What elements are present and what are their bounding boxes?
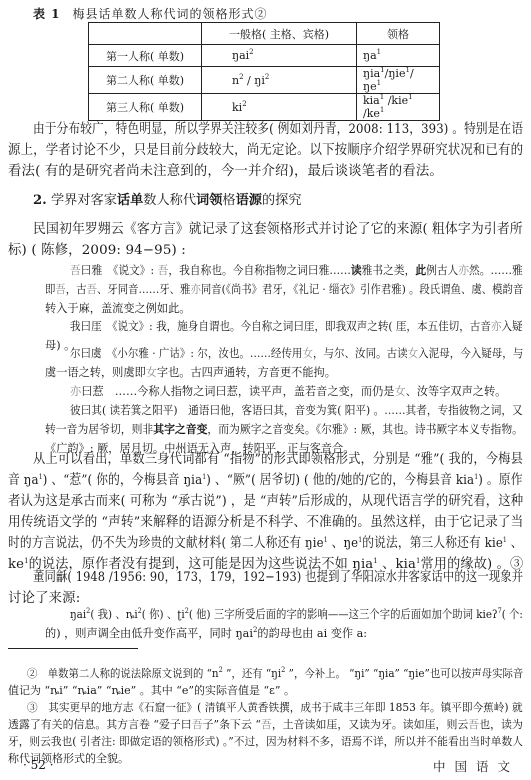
quote-line: 尔曰虞 《小尔雅 · 广诂》: 尔，汝也。……经传用女，与尔、汝同。古读女入泥母…: [70, 345, 523, 361]
paragraph-line: 时的方言说法，仍不失为珍贵的文献材料( 第二人称还有 ŋie1 、ŋe1的说法，…: [8, 532, 523, 551]
genitive-case-cell: ŋia1/ŋie1/ ŋe1: [357, 67, 440, 94]
footnote-line: 透露了有关的信息。其方言卷 “爱子曰吾子”条下云 “吾，土音读如厓，又读为牙。读…: [8, 716, 523, 732]
document-page: 表 1梅县话单数人称代词的领格形式② 一般格( 主格、宾格) 领格 第一人称( …: [0, 0, 531, 780]
pronoun-genitive-table: 一般格( 主格、宾格) 领格 第一人称( 单数) ŋai2 ŋa1 第二人称( …: [88, 22, 440, 121]
row-label: 第三人称( 单数): [89, 94, 202, 121]
journal-name: 中国语文: [433, 757, 519, 775]
table-caption-number: 表 1: [33, 7, 61, 21]
row-label: 第二人称( 单数): [89, 67, 202, 94]
page-number: · 52 ·: [23, 758, 54, 772]
intro-line: 源上，学者讨论不少，只是目前分歧较大，尚无定论。以下按顺序介绍学界研究状况和已有…: [8, 139, 523, 158]
paragraph-line: 讨论了来源:: [8, 587, 80, 606]
paragraph-line: 标) ( 陈修，2009: 94−95) :: [8, 239, 186, 258]
table-caption-title: 梅县话单数人称代词的领格形式②: [73, 7, 268, 21]
table-header-cell: 领格: [357, 23, 440, 45]
quote-line: 彼曰其( 读若箕之阳平) 通语曰他，客语曰其，音变为箕( 阳平) 。……其者，专…: [70, 402, 523, 418]
table-header-row: 一般格( 主格、宾格) 领格: [89, 23, 440, 45]
footnote-line: ③ 其实更早的地方志《石窟一征》( 清镇平人黄香铁撰，成书于咸丰三年即 1853…: [27, 699, 523, 715]
quote-line: 吾曰雅 《说文》: 吾，我自称也。今自称指物之词曰雅……读雅书之类，此例古人亦然…: [70, 262, 523, 278]
paragraph-line: 用传统语文学的 “声转”来解释的语源分析是不科学、不准确的。虽然这样，由于它记录…: [8, 511, 523, 530]
footnote-line: 牙，则云我也( 引者注: 即做定语的领格形式) 。”不过，因为材料不多，语焉不详…: [8, 733, 523, 749]
table-row: 第二人称( 单数) n2 / ŋi2 ŋia1/ŋie1/ ŋe1: [89, 67, 440, 94]
general-case-cell: ki2: [202, 94, 357, 121]
footnote-line: ② 单数第二人称的说法除原文说到的 “n2 ”，还有 “ŋi2 ”，今补上。 “…: [27, 665, 523, 681]
quote-line: 虞一语之转，则虞即女字也。古四声通转，方音更不能拘。: [45, 364, 336, 380]
genitive-case-cell: ŋa1: [357, 45, 440, 67]
quote-line: 的) ，则声调全由低升变作高平，同时 ŋai2的韵母也由 ai 变作 a:: [45, 625, 367, 641]
paragraph-line: 民国初年罗翙云《客方言》就记录了这套领格形式并讨论了它的来源( 粗体字为引者所: [33, 218, 523, 237]
intro-line: 看法( 有的是研究者尚未注意到的，今一并介绍)，最后谈谈笔者的看法。: [8, 160, 443, 179]
table-row: 第一人称( 单数) ŋai2 ŋa1: [89, 45, 440, 67]
quote-line: 亦曰惹 ……今称人指物之词曰惹，读平声，盖若音之变，而仍是女、汝等字双声之转。: [70, 383, 506, 399]
table-header-cell: [89, 23, 202, 45]
quote-line: 即吾，古吾、牙同音……牙、雅亦同音(《尚书》君牙，《礼记 · 缁衣》引作君雅) …: [45, 281, 523, 297]
row-label: 第一人称( 单数): [89, 45, 202, 67]
table-header-cell: 一般格( 主格、宾格): [202, 23, 357, 45]
quote-line: ŋai2( 我) 、ȵi2( 你) 、ʈi2( 他) 三字所受后面的字的影响——…: [70, 606, 523, 622]
paragraph-line: 从上可以看出，单数三身代词都有 “指物”的形式即领格形式，分别是 “雅”( 我的…: [33, 448, 523, 467]
paragraph-line: 董同龢( 1948 /1956: 90，173，179，192−193) 也提到…: [33, 566, 523, 585]
table-row: 第三人称( 单数) ki2 kia1 /kie1 /ke1: [89, 94, 440, 121]
quote-line: 转一音为居爷切，则非其字之音变，而为厥字之音变矣。《尔雅》: 厥，其也。诗书厥字…: [45, 421, 523, 437]
intro-line: 由于分布较广，特色明显，所以学界关注较多( 例如刘丹青，2008: 113，39…: [33, 118, 523, 137]
footnote-line: 值记为 “ȵi” “ȵia” “ȵie” 。其中 “e”的实际音值是 “ɛ” 。: [8, 682, 295, 698]
section-heading: 2. 学界对客家话单数人称代词领格语源的探究: [33, 189, 302, 208]
quote-line: 我曰厓 《说文》: 我，施身自谓也。今自称之词曰厓，即我双声之转( 厓，本五佳切…: [70, 318, 523, 334]
quote-line: 转入于麻，盖流变之例如此。: [45, 300, 190, 316]
general-case-cell: n2 / ŋi2: [202, 67, 357, 94]
footnote-separator: [8, 648, 138, 649]
paragraph-line: 音 ŋa1) 、“惹”( 你的，今梅县音 ŋia1) 、“厥”( 居爷切) ( …: [8, 469, 523, 488]
table-caption: 表 1梅县话单数人称代词的领格形式②: [33, 5, 268, 22]
general-case-cell: ŋai2: [202, 45, 357, 67]
genitive-case-cell: kia1 /kie1 /ke1: [357, 94, 440, 121]
paragraph-line: 者认为这是承古而来( 可称为 “承古说”) ，是 “声转”后形成的，从现代语言学…: [8, 490, 523, 509]
